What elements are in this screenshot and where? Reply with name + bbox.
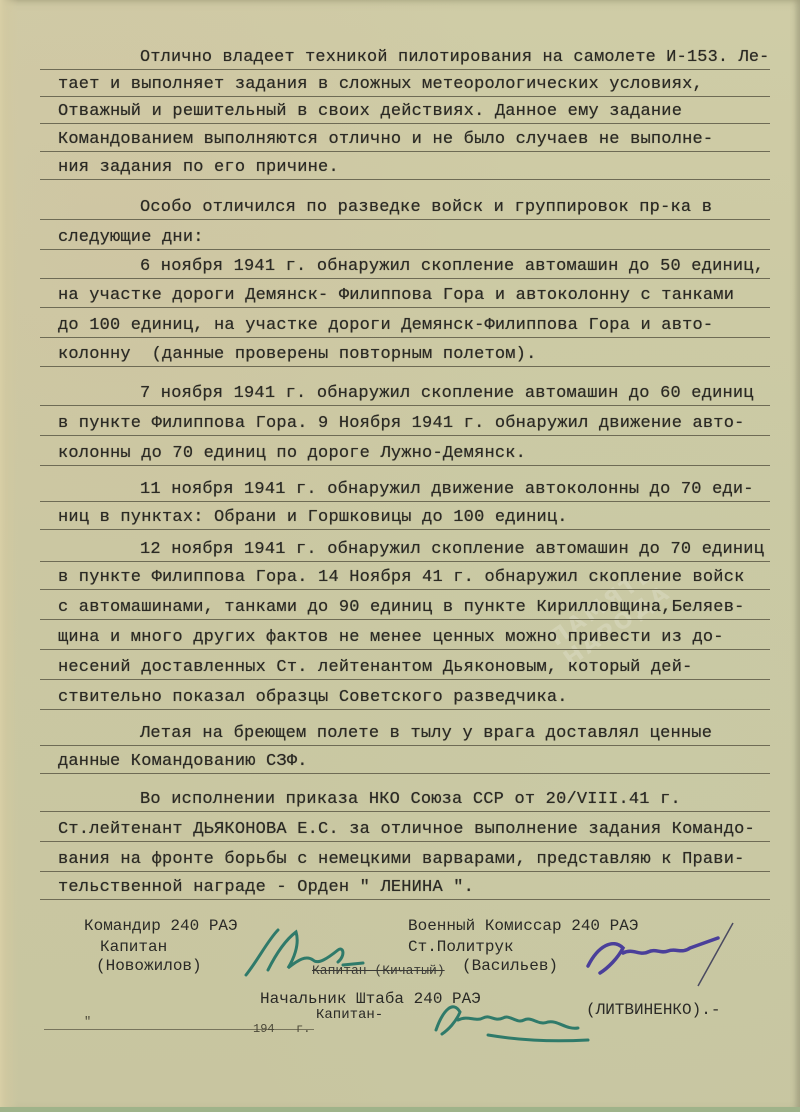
text-line: ния задания по его причине. [58,158,339,178]
ruled-line [40,69,770,70]
text-line: Отважный и решительный в своих действиях… [58,102,682,122]
ruled-line [40,151,770,152]
text-line: колонны до 70 единиц по дороге Лужно-Дем… [58,444,526,464]
text-line: с автомашинами, танками до 90 единиц в п… [58,598,745,618]
text-line: Ст.лейтенант ДЬЯКОНОВА Е.С. за отличное … [58,820,755,840]
ruled-line [40,811,770,812]
ruled-line [40,96,770,97]
text-line: Во исполнении приказа НКО Союза ССР от 2… [140,790,681,810]
document-page: ПАМЯТЬ НАРОДА Командир 240 РАЭ Капитан (… [0,0,800,1112]
ruled-line [40,773,770,774]
ruled-line [40,435,770,436]
ruled-line [40,366,770,367]
ruled-line [40,649,770,650]
commander-name: (Новожилов) [96,957,202,975]
commissar-rank: Ст.Политрук [408,938,514,956]
chief-of-staff-name: (ЛИТВИНЕНКО).- [586,1001,720,1019]
ruled-line [40,899,770,900]
text-line: 11 ноября 1941 г. обнаружил движение авт… [140,480,754,500]
text-line: данные Командованию СЗФ. [58,752,308,772]
ruled-line [40,249,770,250]
ruled-line [40,123,770,124]
text-line: колонну (данные проверены повторным поле… [58,345,536,365]
date-year: 194 [253,1022,275,1036]
chief-of-staff-rank: Капитан- [316,1006,383,1024]
paper-bottom-edge [0,1107,800,1112]
text-line: тает и выполняет задания в сложных метео… [58,75,703,95]
text-line: в пункте Филиппова Гора. 9 Ноября 1941 г… [58,414,745,434]
text-line: на участке дороги Демянск- Филиппова Гор… [58,286,734,306]
text-line: вания на фронте борьбы с немецкими варва… [58,850,745,870]
commander-title: Командир 240 РАЭ [84,917,238,935]
ruled-line [40,709,770,710]
commander-rank: Капитан [100,938,167,956]
ruled-line [40,841,770,842]
struck-out-text: Капитан (Кичатый) [312,962,445,980]
text-line: Летая на бреющем полете в тылу у врага д… [140,724,712,744]
text-line: Особо отличился по разведке войск и груп… [140,198,712,218]
paper-edge [0,0,18,1112]
ruled-line [40,871,770,872]
text-line: несений доставленных Ст. лейтенантом Дья… [58,658,693,678]
ruled-line [40,619,770,620]
ruled-line [40,405,770,406]
text-line: следующие дни: [58,228,204,248]
text-line: 12 ноября 1941 г. обнаружил скопление ав… [140,540,764,560]
ruled-line [40,501,770,502]
text-line: щина и много других фактов не менее ценн… [58,628,724,648]
ruled-line [40,745,770,746]
text-line: Командованием выполняются отлично и не б… [58,130,713,150]
text-line: в пункте Филиппова Гора. 14 Ноября 41 г.… [58,568,745,588]
ruled-line [40,179,770,180]
text-line: 6 ноября 1941 г. обнаружил скопление авт… [140,257,764,277]
commissar-signature [578,918,748,988]
ruled-line [40,219,770,220]
date-suffix: г. [296,1022,310,1036]
chief-of-staff-signature [428,990,598,1050]
ruled-line [40,561,770,562]
text-line: ниц в пунктах: Обрани и Горшковицы до 10… [58,508,568,528]
ruled-line [40,529,770,530]
ruled-line [40,337,770,338]
commissar-name: (Васильев) [462,957,558,975]
ruled-line [40,589,770,590]
text-line: до 100 единиц, на участке дороги Демянск… [58,316,713,336]
ruled-line [40,278,770,279]
text-line: 7 ноября 1941 г. обнаружил скопление авт… [140,384,754,404]
date-day-mark: " [84,1015,91,1029]
ruled-line [40,679,770,680]
text-line: ствительно показал образцы Советского ра… [58,688,568,708]
ruled-line [40,307,770,308]
text-line: тельственной награде - Орден " ЛЕНИНА ". [58,878,474,898]
text-line: Отлично владеет техникой пилотирования н… [140,48,770,68]
ruled-line [40,465,770,466]
